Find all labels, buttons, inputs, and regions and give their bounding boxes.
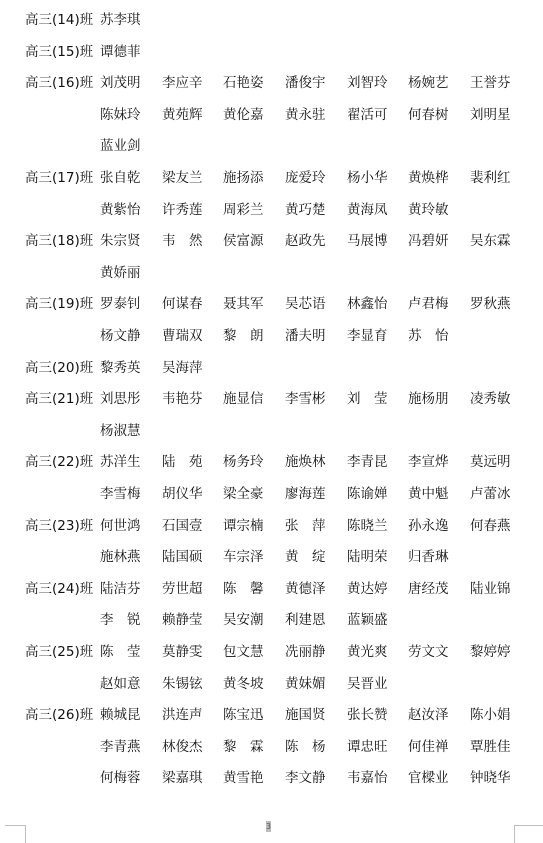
student-name: 梁友兰: [162, 167, 218, 189]
student-name: 韦嘉怡: [347, 767, 403, 789]
student-name: 黄永驻: [285, 104, 341, 126]
student-name: 蓝业剑: [100, 135, 156, 157]
student-name: 黄 绽: [285, 546, 341, 568]
student-name: 李 锐: [100, 609, 156, 631]
class-label: 高三(18)班: [25, 230, 93, 252]
class-row-continuation: 李 锐赖静莹吴安潮利建恩蓝颖盛: [0, 609, 543, 631]
student-name: 卢蕾冰: [470, 483, 526, 505]
class-label: 高三(26)班: [25, 704, 93, 726]
student-name: 马展博: [347, 230, 403, 252]
text-cursor-marker[interactable]: 3: [266, 821, 271, 832]
student-name: 黄德泽: [285, 578, 341, 600]
class-row: 高三(22)班苏洋生陆 苑杨务玲施焕林李青昆李宣烨莫远明: [0, 451, 543, 473]
student-name: 苏 怡: [408, 325, 464, 347]
student-name: 赵汝泽: [408, 704, 464, 726]
student-name: 韦 然: [162, 230, 218, 252]
student-name: 陈小娟: [470, 704, 526, 726]
student-name: 利建恩: [285, 609, 341, 631]
student-name: 刘 莹: [347, 388, 403, 410]
student-name: 何春树: [408, 104, 464, 126]
student-name: 黄中魁: [408, 483, 464, 505]
student-name: 杨小华: [347, 167, 403, 189]
student-name: 吴东霖: [470, 230, 526, 252]
student-name: 林俊杰: [162, 736, 218, 758]
student-name: 朱宗贤: [100, 230, 156, 252]
student-name: 黄娇丽: [100, 262, 156, 284]
student-name: 朱锡铉: [162, 673, 218, 695]
class-row-continuation: 施林燕陆国硕车宗泽黄 绽陆明荣归香琳: [0, 546, 543, 568]
student-name: 王誉芬: [470, 72, 526, 94]
student-name: 罗秋燕: [470, 293, 526, 315]
class-row-continuation: 李雪梅胡仪华梁全豪廖海莲陈谕婵黄中魁卢蕾冰: [0, 483, 543, 505]
student-name: 曹瑞双: [162, 325, 218, 347]
student-name: 黄雪艳: [223, 767, 279, 789]
class-row: 高三(26)班赖城昆洪连声陈宝迅施国贤张长赞赵汝泽陈小娟: [0, 704, 543, 726]
class-label: 高三(22)班: [25, 451, 93, 473]
class-row: 高三(17)班张自乾梁友兰施扬添庞爱玲杨小华黄焕桦裴利红: [0, 167, 543, 189]
student-name: 张自乾: [100, 167, 156, 189]
student-name: 廖海莲: [285, 483, 341, 505]
student-name: 李宣烨: [408, 451, 464, 473]
student-name: 刘智玲: [347, 72, 403, 94]
student-name: 石国壹: [162, 515, 218, 537]
class-row-continuation: 李青燕林俊杰黎 霖陈 杨谭忠旺何佳禅覃胜佳: [0, 736, 543, 758]
student-name: 施焕林: [285, 451, 341, 473]
student-name: 施扬添: [223, 167, 279, 189]
student-name: 陆 苑: [162, 451, 218, 473]
student-name: 梁全豪: [223, 483, 279, 505]
student-name: 李雪彬: [285, 388, 341, 410]
student-name: 车宗泽: [223, 546, 279, 568]
class-label: 高三(17)班: [25, 167, 93, 189]
class-label: 高三(19)班: [25, 293, 93, 315]
student-name: 谭忠旺: [347, 736, 403, 758]
student-name: 潘俊宇: [285, 72, 341, 94]
student-name: 梁嘉琪: [162, 767, 218, 789]
class-row: 高三(19)班罗泰钊何谋春聂其军吴芯语林鑫怡卢君梅罗秋燕: [0, 293, 543, 315]
student-name: 莫静雯: [162, 641, 218, 663]
student-name: 黄妹媚: [285, 673, 341, 695]
student-name: 张长赞: [347, 704, 403, 726]
student-name: 劳文文: [408, 641, 464, 663]
student-name: 周彩兰: [223, 199, 279, 221]
class-label: 高三(24)班: [25, 578, 93, 600]
student-name: 李雪梅: [100, 483, 156, 505]
student-name: 陈谕婵: [347, 483, 403, 505]
student-name: 石艳姿: [223, 72, 279, 94]
student-name: 陆国硕: [162, 546, 218, 568]
student-name: 黎秀英: [100, 357, 156, 379]
student-name: 包文慧: [223, 641, 279, 663]
class-row-continuation: 黄娇丽: [0, 262, 543, 284]
student-name: 侯富源: [223, 230, 279, 252]
student-name: 黄焕桦: [408, 167, 464, 189]
class-row-continuation: 蓝业剑: [0, 135, 543, 157]
student-name: 洪连声: [162, 704, 218, 726]
student-name: 李青燕: [100, 736, 156, 758]
student-name: 归香琳: [408, 546, 464, 568]
student-name: 黄海凤: [347, 199, 403, 221]
student-name: 陈 杨: [285, 736, 341, 758]
student-name: 何春燕: [470, 515, 526, 537]
student-name: 刘明星: [470, 104, 526, 126]
student-name: 黄紫怡: [100, 199, 156, 221]
student-name: 黄达婷: [347, 578, 403, 600]
student-name: 陈晓兰: [347, 515, 403, 537]
student-name: 冼丽静: [285, 641, 341, 663]
student-name: 劳世超: [162, 578, 218, 600]
class-label: 高三(15)班: [25, 41, 93, 63]
student-name: 官樑业: [408, 767, 464, 789]
student-name: 吴海萍: [162, 357, 218, 379]
student-name: 何世鸿: [100, 515, 156, 537]
student-name: 李青昆: [347, 451, 403, 473]
student-name: 黄巧楚: [285, 199, 341, 221]
student-name: 凌秀敏: [470, 388, 526, 410]
student-name: 赵政先: [285, 230, 341, 252]
student-name: 刘思彤: [100, 388, 156, 410]
class-label: 高三(23)班: [25, 515, 93, 537]
student-name: 苏李琪: [100, 9, 156, 31]
class-row: 高三(25)班陈 莹莫静雯包文慧冼丽静黄光爽劳文文黎婷婷: [0, 641, 543, 663]
class-label: 高三(20)班: [25, 357, 93, 379]
student-name: 施国贤: [285, 704, 341, 726]
student-name: 黄苑辉: [162, 104, 218, 126]
student-name: 陆业锦: [470, 578, 526, 600]
student-name: 孙永逸: [408, 515, 464, 537]
student-name: 吴芯语: [285, 293, 341, 315]
student-name: 陈宝迅: [223, 704, 279, 726]
student-name: 李应辛: [162, 72, 218, 94]
student-name: 黎 朗: [223, 325, 279, 347]
student-name: 韦艳芬: [162, 388, 218, 410]
class-label: 高三(25)班: [25, 641, 93, 663]
class-row-continuation: 何梅蓉梁嘉琪黄雪艳李文静韦嘉怡官樑业钟晓华: [0, 767, 543, 789]
class-row: 高三(14)班苏李琪: [0, 9, 543, 31]
student-name: 赵如意: [100, 673, 156, 695]
class-row-continuation: 赵如意朱锡铉黄冬坡黄妹媚吴晋业: [0, 673, 543, 695]
class-label: 高三(14)班: [25, 9, 93, 31]
student-name: 赖城昆: [100, 704, 156, 726]
class-row: 高三(16)班刘茂明李应辛石艳姿潘俊宇刘智玲杨婉艺王誉芬: [0, 72, 543, 94]
student-name: 许秀莲: [162, 199, 218, 221]
student-name: 卢君梅: [408, 293, 464, 315]
student-name: 刘茂明: [100, 72, 156, 94]
student-name: 黎婷婷: [470, 641, 526, 663]
student-name: 谭德菲: [100, 41, 156, 63]
class-row: 高三(20)班黎秀英吴海萍: [0, 357, 543, 379]
student-name: 施杨朋: [408, 388, 464, 410]
class-row-continuation: 杨文静曹瑞双黎 朗潘夫明李显育苏 怡: [0, 325, 543, 347]
class-row: 高三(15)班谭德菲: [0, 41, 543, 63]
student-name: 黄光爽: [347, 641, 403, 663]
student-name: 赖静莹: [162, 609, 218, 631]
student-name: 陈 馨: [223, 578, 279, 600]
student-name: 黄玲敏: [408, 199, 464, 221]
student-name: 吴安潮: [223, 609, 279, 631]
student-name: 黄伦嘉: [223, 104, 279, 126]
page-corner-mark-left: [5, 825, 26, 843]
student-name: 唐经茂: [408, 578, 464, 600]
student-name: 林鑫怡: [347, 293, 403, 315]
student-name: 钟晓华: [470, 767, 526, 789]
class-row: 高三(24)班陆洁芬劳世超陈 馨黄德泽黄达婷唐经茂陆业锦: [0, 578, 543, 600]
student-name: 李显育: [347, 325, 403, 347]
student-name: 翟活可: [347, 104, 403, 126]
student-name: 陈妹玲: [100, 104, 156, 126]
student-name: 苏洋生: [100, 451, 156, 473]
student-name: 吴晋业: [347, 673, 403, 695]
student-name: 陆洁芬: [100, 578, 156, 600]
student-name: 杨婉艺: [408, 72, 464, 94]
student-name: 冯碧妍: [408, 230, 464, 252]
class-row: 高三(23)班何世鸿石国壹谭宗楠张 萍陈晓兰孙永逸何春燕: [0, 515, 543, 537]
student-name: 蓝颖盛: [347, 609, 403, 631]
class-row: 高三(18)班朱宗贤韦 然侯富源赵政先马展博冯碧妍吴东霖: [0, 230, 543, 252]
student-name: 陈 莹: [100, 641, 156, 663]
student-name: 施林燕: [100, 546, 156, 568]
student-name: 覃胜佳: [470, 736, 526, 758]
student-name: 杨务玲: [223, 451, 279, 473]
student-name: 何佳禅: [408, 736, 464, 758]
student-name: 黎 霖: [223, 736, 279, 758]
page-corner-mark-right: [514, 825, 543, 843]
student-name: 罗泰钊: [100, 293, 156, 315]
student-name: 杨淑慧: [100, 420, 156, 442]
student-name: 何梅蓉: [100, 767, 156, 789]
student-name: 谭宗楠: [223, 515, 279, 537]
class-row-continuation: 杨淑慧: [0, 420, 543, 442]
class-row: 高三(21)班刘思彤韦艳芬施显信李雪彬刘 莹施杨朋凌秀敏: [0, 388, 543, 410]
student-name: 聂其军: [223, 293, 279, 315]
class-row-continuation: 黄紫怡许秀莲周彩兰黄巧楚黄海凤黄玲敏: [0, 199, 543, 221]
student-name: 杨文静: [100, 325, 156, 347]
student-name: 裴利红: [470, 167, 526, 189]
student-name: 何谋春: [162, 293, 218, 315]
class-label: 高三(16)班: [25, 72, 93, 94]
student-name: 陆明荣: [347, 546, 403, 568]
document-page: 高三(14)班苏李琪高三(15)班谭德菲高三(16)班刘茂明李应辛石艳姿潘俊宇刘…: [0, 0, 543, 843]
class-label: 高三(21)班: [25, 388, 93, 410]
student-name: 潘夫明: [285, 325, 341, 347]
student-name: 张 萍: [285, 515, 341, 537]
student-name: 黄冬坡: [223, 673, 279, 695]
student-name: 李文静: [285, 767, 341, 789]
student-name: 胡仪华: [162, 483, 218, 505]
student-name: 庞爱玲: [285, 167, 341, 189]
student-name: 莫远明: [470, 451, 526, 473]
class-row-continuation: 陈妹玲黄苑辉黄伦嘉黄永驻翟活可何春树刘明星: [0, 104, 543, 126]
student-name: 施显信: [223, 388, 279, 410]
